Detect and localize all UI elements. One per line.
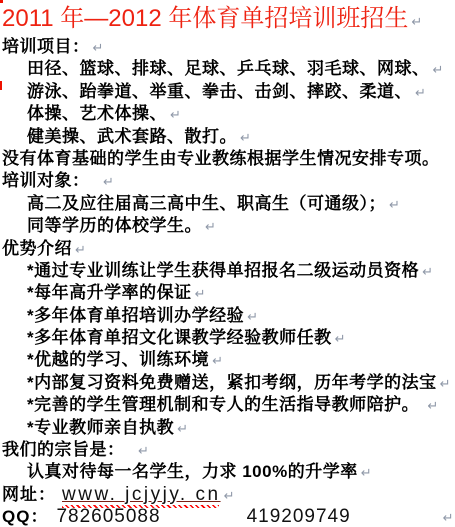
paragraph-mark-icon: ↵	[422, 264, 433, 279]
text-line-content: 体操、艺术体操、	[27, 104, 167, 123]
text-line-content: *优越的学习、训练环境	[27, 350, 209, 369]
text-line-content: *多年体育单招培训办学经验	[27, 306, 244, 325]
website-label: 网址：	[2, 485, 56, 504]
text-line: 同等学历的体校学生。↵	[0, 215, 455, 237]
paragraph-mark-icon: ↵	[440, 376, 451, 391]
text-line: 游泳、跆拳道、举重、拳击、击剑、摔跤、柔道、↵	[0, 81, 455, 103]
text-line-content: 高二及应往届高三高中生、职高生（可通级）；	[27, 194, 386, 213]
text-line: 没有体育基础的学生由专业教练根据学生情况安排专项。	[0, 148, 455, 170]
text-line: *专业教师亲自执教↵	[0, 417, 455, 439]
paragraph-mark-icon: ↵	[212, 353, 223, 368]
text-line: 培训对象： ↵	[0, 170, 455, 192]
text-line: 体操、艺术体操、↵	[0, 103, 455, 125]
text-line: 培训项目：↵	[0, 36, 455, 58]
text-line-content: 培训对象：	[2, 171, 100, 190]
spellcheck-squiggle-underline	[62, 505, 219, 508]
paragraph-mark-icon: ↵	[411, 14, 422, 29]
text-line-content: *完善的学生管理机制和专人的生活指导教师陪护。	[27, 395, 424, 414]
document-title-line: 2011 年—2012 年体育单招培训班招生↵	[0, 0, 455, 36]
paragraph-mark-icon: ↵	[415, 85, 426, 100]
text-line-content: 培训项目：	[2, 37, 90, 56]
text-line: *内部复习资料免费赠送，紧扣考纲，历年考学的法宝↵	[0, 372, 455, 394]
document-page: 2011 年—2012 年体育单招培训班招生↵ 培训项目：↵田径、篮球、排球、足…	[0, 0, 455, 527]
text-line: 认真对待每一名学生，力求 100%的升学率↵	[0, 461, 455, 483]
paragraph-mark-icon: ↵	[75, 242, 86, 257]
text-line: *优越的学习、训练环境↵	[0, 349, 455, 371]
red-artifact-top-left	[0, 0, 3, 3]
paragraph-mark-icon: ↵	[138, 443, 149, 458]
text-line-content: *多年体育单招文化课教学经验教师任教	[27, 328, 332, 347]
text-line-content: 优势介绍	[2, 239, 72, 258]
text-line: *多年体育单招培训办学经验↵	[0, 305, 455, 327]
text-line: 优势介绍↵	[0, 238, 455, 260]
paragraph-mark-icon: ↵	[177, 421, 188, 436]
qq-label: QQ：	[2, 507, 48, 526]
text-line-content: 田径、篮球、排球、足球、乒乓球、羽毛球、网球、	[27, 59, 430, 78]
text-line: 田径、篮球、排球、足球、乒乓球、羽毛球、网球、↵	[0, 58, 455, 80]
paragraph-mark-icon: ↵	[389, 197, 400, 212]
text-line-content: 没有体育基础的学生由专业教练根据学生情况安排专项。	[2, 149, 440, 168]
qq-number-2: 419209749	[247, 506, 351, 527]
paragraph-mark-icon: ↵	[433, 62, 444, 77]
paragraph-mark-icon: ↵	[247, 309, 258, 324]
website-line: 网址：www. jcjyjy. cn↵	[0, 484, 455, 506]
body-lines: 培训项目：↵田径、篮球、排球、足球、乒乓球、羽毛球、网球、↵游泳、跆拳道、举重、…	[0, 36, 455, 484]
text-line-content: *通过专业训练让学生获得单招报名二级运动员资格	[27, 261, 419, 280]
text-line: 高二及应往届高三高中生、职高生（可通级）；↵	[0, 193, 455, 215]
paragraph-mark-icon: ↵	[224, 488, 235, 503]
qq-number-1: 782605088	[56, 506, 160, 527]
website-url-link[interactable]: www. jcjyjy. cn	[62, 484, 221, 506]
text-line: 我们的宗旨是： ↵	[0, 439, 455, 461]
paragraph-mark-icon: ↵	[443, 510, 454, 525]
paragraph-mark-icon: ↵	[195, 286, 206, 301]
text-line-content: 健美操、武术套路、散打。	[27, 127, 237, 146]
website-url-text: www. jcjyjy. cn	[62, 484, 221, 505]
text-line: *完善的学生管理机制和专人的生活指导教师陪护。 ↵	[0, 394, 455, 416]
paragraph-mark-icon: ↵	[335, 331, 346, 346]
paragraph-mark-icon: ↵	[205, 219, 216, 234]
text-line: *多年体育单招文化课教学经验教师任教↵	[0, 327, 455, 349]
paragraph-mark-icon: ↵	[93, 40, 104, 55]
text-line: 健美操、武术套路、散打。↵	[0, 126, 455, 148]
paragraph-mark-icon: ↵	[361, 465, 372, 480]
text-line-content: *专业教师亲自执教	[27, 418, 174, 437]
text-line-content: *每年高升学率的保证	[27, 283, 192, 302]
paragraph-mark-icon: ↵	[427, 398, 438, 413]
text-line: *每年高升学率的保证↵	[0, 282, 455, 304]
paragraph-mark-icon: ↵	[103, 174, 114, 189]
text-line: *通过专业训练让学生获得单招报名二级运动员资格↵	[0, 260, 455, 282]
text-line-content: 认真对待每一名学生，力求 100%的升学率	[27, 462, 358, 481]
text-line-content: 我们的宗旨是：	[2, 440, 135, 459]
text-line-content: 游泳、跆拳道、举重、拳击、击剑、摔跤、柔道、	[27, 82, 412, 101]
paragraph-mark-icon: ↵	[170, 107, 181, 122]
qq-line: QQ：782605088419209749↵	[0, 506, 455, 527]
text-line-content: *内部复习资料免费赠送，紧扣考纲，历年考学的法宝	[27, 373, 437, 392]
text-line-content: 同等学历的体校学生。	[27, 216, 202, 235]
red-artifact-left-edge	[0, 81, 2, 90]
page-title: 2011 年—2012 年体育单招培训班招生	[2, 5, 408, 32]
paragraph-mark-icon: ↵	[240, 130, 251, 145]
